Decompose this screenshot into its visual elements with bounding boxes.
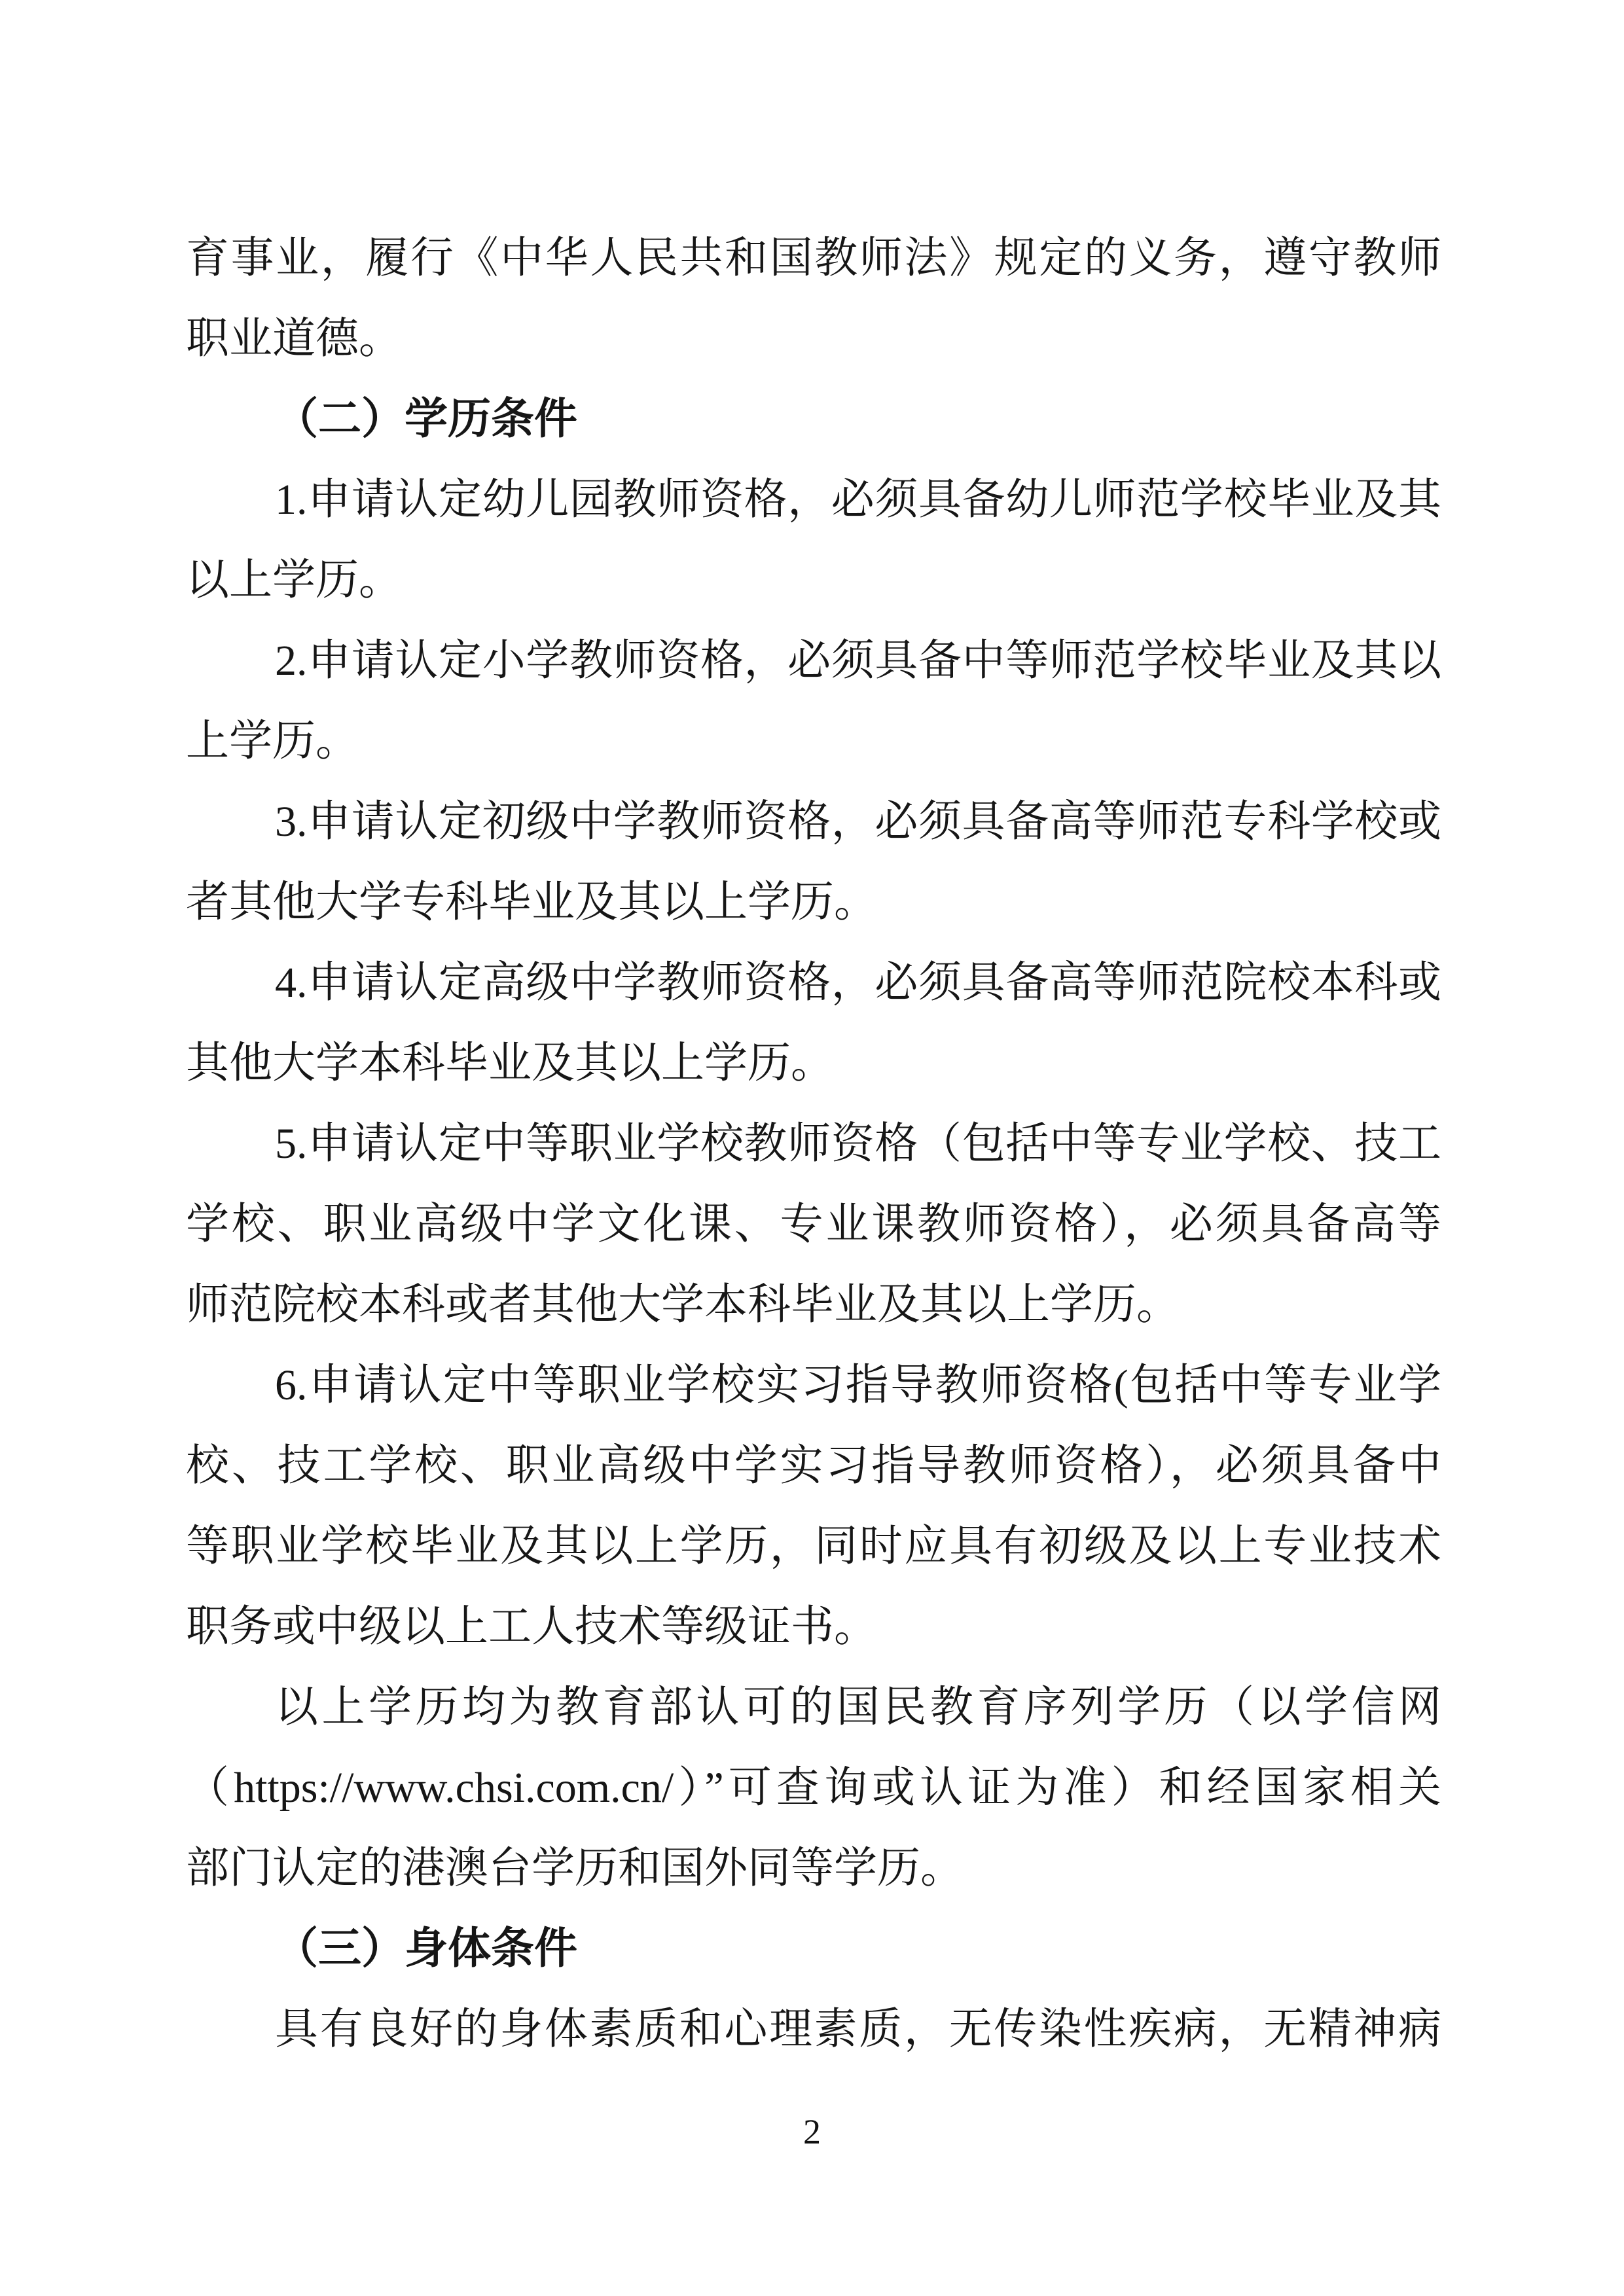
document-body: 育事业，履行《中华人民共和国教师法》规定的义务，遵守教师职业道德。（二）学历条件… bbox=[186, 218, 1441, 2070]
text-line: 职务或中级以上工人技术等级证书。 bbox=[186, 1587, 1441, 1667]
text-line: 6.申请认定中等职业学校实习指导教师资格(包括中等专业学 bbox=[186, 1345, 1441, 1426]
text-line: 其他大学本科毕业及其以上学历。 bbox=[186, 1023, 1441, 1103]
text-line: 1.申请认定幼儿园教师资格，必须具备幼儿师范学校毕业及其 bbox=[186, 459, 1441, 540]
text-line: 5.申请认定中等职业学校教师资格（包括中等专业学校、技工 bbox=[186, 1103, 1441, 1184]
text-line: 师范院校本科或者其他大学本科毕业及其以上学历。 bbox=[186, 1265, 1441, 1345]
page-number: 2 bbox=[0, 2109, 1624, 2155]
text-line: 学校、职业高级中学文化课、专业课教师资格），必须具备高等 bbox=[186, 1184, 1441, 1265]
text-line: 2.申请认定小学教师资格，必须具备中等师范学校毕业及其以 bbox=[186, 620, 1441, 701]
text-line: 上学历。 bbox=[186, 701, 1441, 781]
text-line: 者其他大学专科毕业及其以上学历。 bbox=[186, 862, 1441, 942]
text-line: 4.申请认定高级中学教师资格，必须具备高等师范院校本科或 bbox=[186, 942, 1441, 1023]
section-heading: （二）学历条件 bbox=[186, 379, 1441, 459]
text-line: 以上学历。 bbox=[186, 540, 1441, 620]
text-line: 校、技工学校、职业高级中学实习指导教师资格），必须具备中 bbox=[186, 1426, 1441, 1506]
text-line: 3.申请认定初级中学教师资格，必须具备高等师范专科学校或 bbox=[186, 781, 1441, 862]
text-line: 等职业学校毕业及其以上学历，同时应具有初级及以上专业技术 bbox=[186, 1506, 1441, 1587]
text-line: 以上学历均为教育部认可的国民教育序列学历（以学信网 bbox=[186, 1667, 1441, 1748]
text-line: 部门认定的港澳台学历和国外同等学历。 bbox=[186, 1828, 1441, 1909]
text-line: 具有良好的身体素质和心理素质，无传染性疾病，无精神病 bbox=[186, 1989, 1441, 2070]
text-line: 育事业，履行《中华人民共和国教师法》规定的义务，遵守教师 bbox=[186, 218, 1441, 298]
section-heading: （三）身体条件 bbox=[186, 1909, 1441, 1989]
text-line: （https://www.chsi.com.cn/）”可查询或认证为准）和经国家… bbox=[186, 1748, 1441, 1828]
document-page: 育事业，履行《中华人民共和国教师法》规定的义务，遵守教师职业道德。（二）学历条件… bbox=[0, 0, 1624, 2296]
text-line: 职业道德。 bbox=[186, 298, 1441, 379]
